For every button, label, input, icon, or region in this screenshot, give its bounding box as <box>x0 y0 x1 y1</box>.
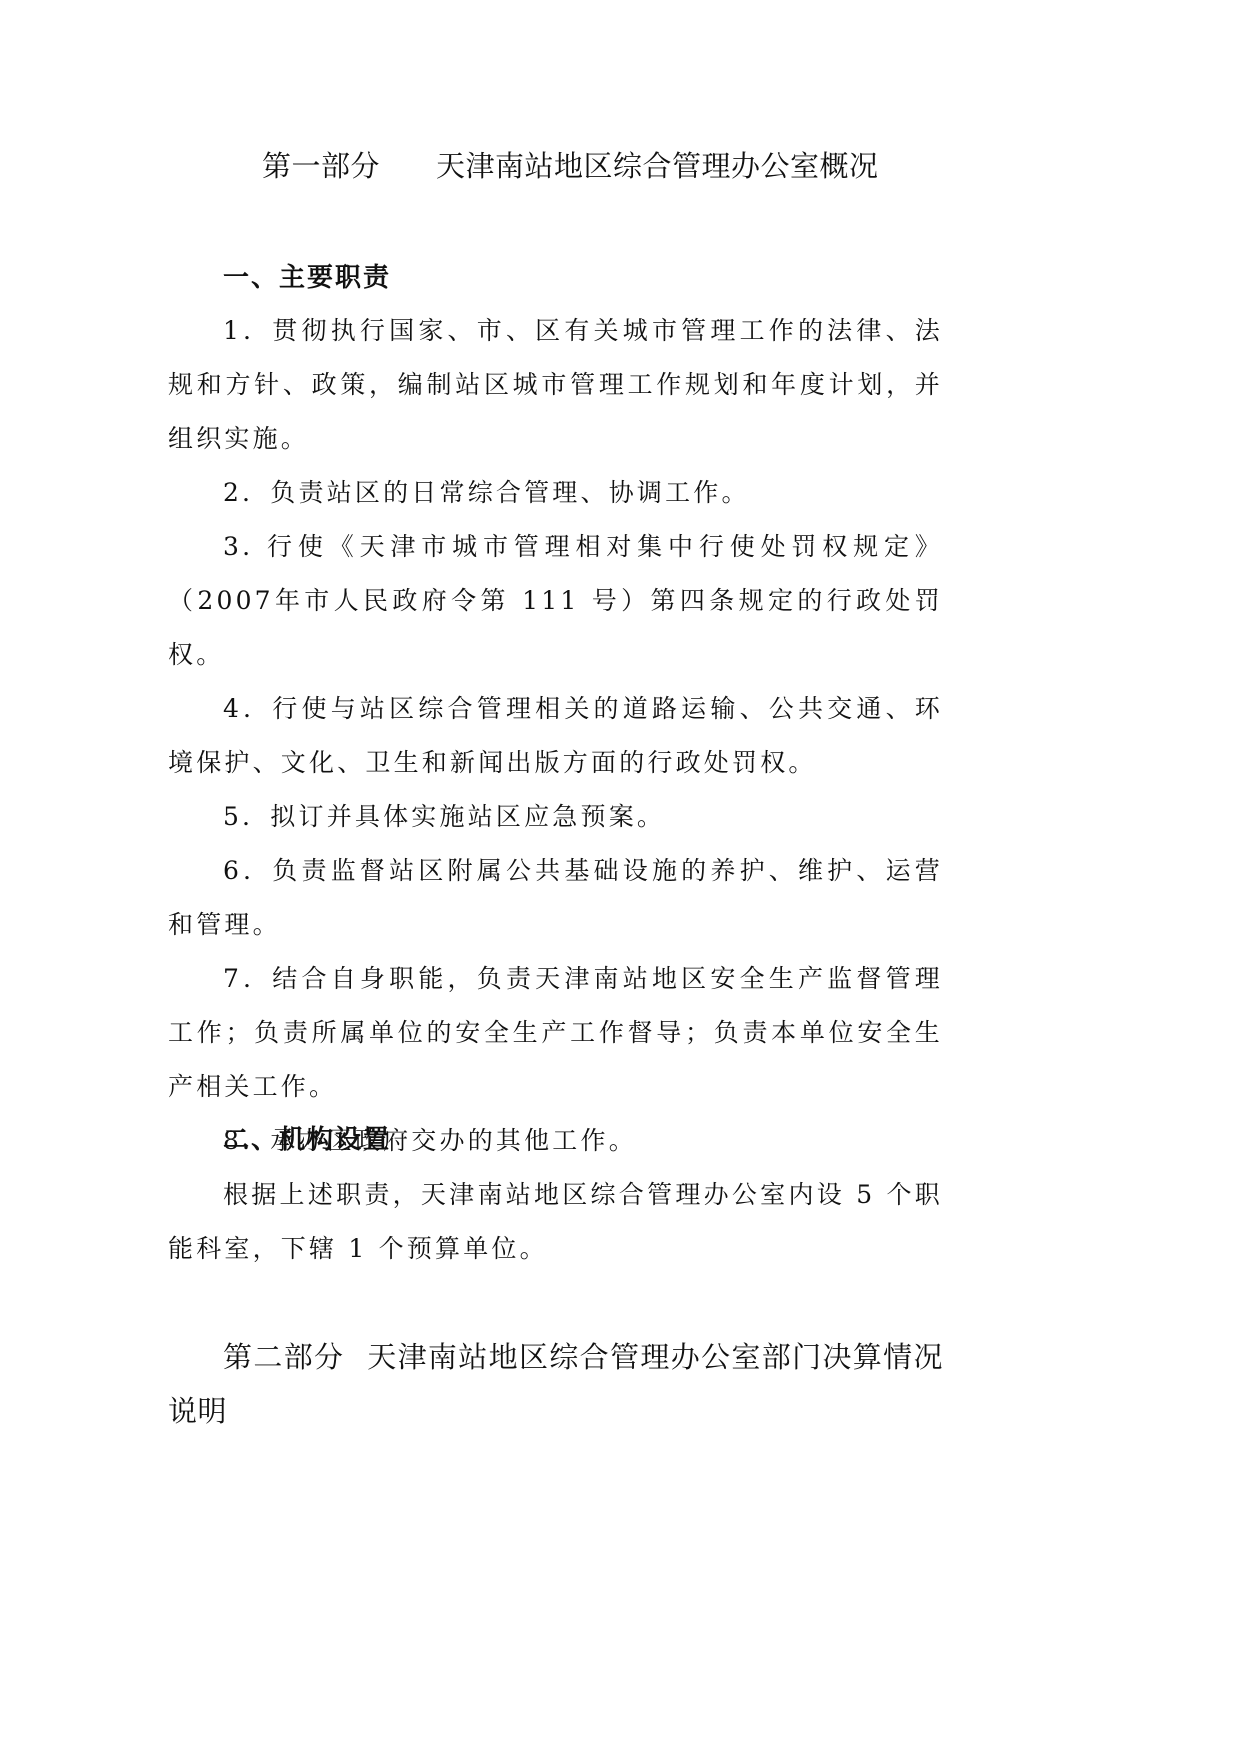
organization-block: 根据上述职责，天津南站地区综合管理办公室内设 5 个职能科室，下辖 1 个预算单… <box>168 1168 943 1276</box>
responsibility-item-7: 7．结合自身职能，负责天津南站地区安全生产监督管理工作；负责所属单位的安全生产工… <box>168 952 943 1114</box>
part2-title: 第二部分天津南站地区综合管理办公室部门决算情况说明 <box>168 1330 943 1438</box>
section-heading-organization: 二、机构设置 <box>223 1120 391 1160</box>
responsibility-item-6: 6．负责监督站区附属公共基础设施的养护、维护、运营和管理。 <box>168 844 943 952</box>
responsibility-item-4: 4．行使与站区综合管理相关的道路运输、公共交通、环境保护、文化、卫生和新闻出版方… <box>168 682 943 790</box>
section-heading-responsibilities: 一、主要职责 <box>223 258 391 298</box>
part1-label: 第一部分 <box>262 149 380 183</box>
responsibility-item-1: 1．贯彻执行国家、市、区有关城市管理工作的法律、法规和方针、政策，编制站区城市管… <box>168 304 943 466</box>
responsibilities-list: 1．贯彻执行国家、市、区有关城市管理工作的法律、法规和方针、政策，编制站区城市管… <box>168 304 943 1168</box>
part2-label: 第二部分 <box>223 1340 344 1374</box>
part1-title: 第一部分天津南站地区综合管理办公室概况 <box>262 146 879 186</box>
responsibility-item-5: 5．拟订并具体实施站区应急预案。 <box>168 790 943 844</box>
responsibility-item-3: 3. 行使《天津市城市管理相对集中行使处罚权规定》（2007年市人民政府令第 1… <box>168 520 943 682</box>
responsibility-item-2: 2．负责站区的日常综合管理、协调工作。 <box>168 466 943 520</box>
part1-title-text: 天津南站地区综合管理办公室概况 <box>436 149 879 183</box>
document-page: 第一部分天津南站地区综合管理办公室概况 一、主要职责 1．贯彻执行国家、市、区有… <box>0 0 1241 1754</box>
organization-paragraph: 根据上述职责，天津南站地区综合管理办公室内设 5 个职能科室，下辖 1 个预算单… <box>168 1168 943 1276</box>
